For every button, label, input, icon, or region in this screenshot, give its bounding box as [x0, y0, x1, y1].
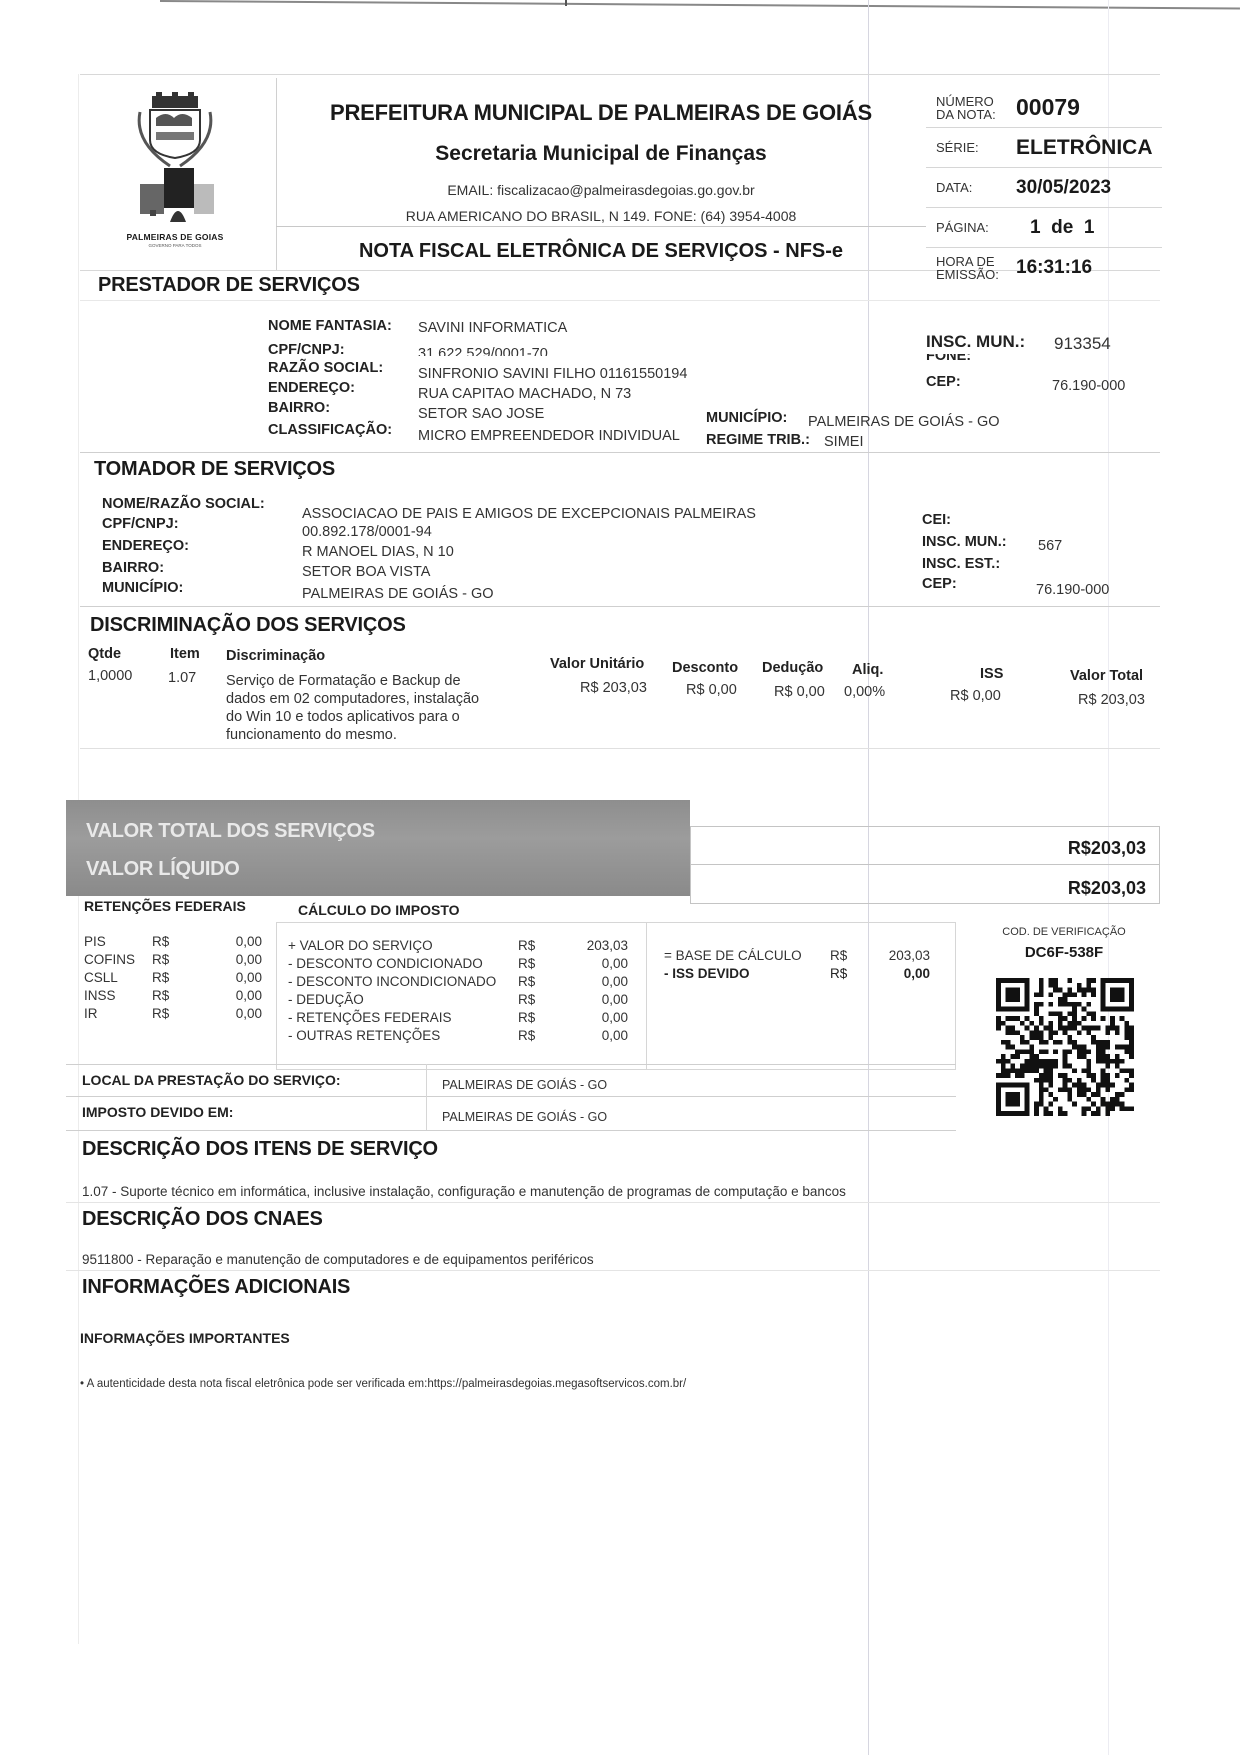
- bairro-label: BAIRRO:: [102, 560, 164, 576]
- autenticidade-text: • A autenticidade desta nota fiscal elet…: [80, 1378, 686, 1390]
- invoice-meta: NÚMERODA NOTA: 00079 SÉRIE: ELETRÔNICA D…: [926, 88, 1162, 288]
- insc-mun-value: 567: [1038, 538, 1062, 554]
- divider: [646, 922, 647, 1070]
- valor-liquido-label: VALOR LÍQUIDO: [86, 858, 240, 881]
- meta-pagina: PÁGINA: 1 de 1: [926, 208, 1162, 248]
- section-title: INFORMAÇÕES ADICIONAIS: [82, 1276, 350, 1299]
- list-item: + VALOR DO SERVIÇOR$203,03: [288, 936, 636, 954]
- numero-label: NÚMERO: [936, 95, 1016, 108]
- aliq-value: 0,00%: [844, 684, 885, 700]
- cpf-value: 00.892.178/0001-94: [302, 524, 432, 540]
- item-value: 1.07: [168, 670, 196, 686]
- hora-label: EMISSÃO:: [936, 268, 1016, 281]
- logo-subtitle: GOVERNO PARA TODOS: [110, 243, 240, 248]
- nome-fantasia-label: NOME FANTASIA:: [268, 318, 392, 334]
- col-desconto: Desconto: [672, 660, 738, 676]
- section-title: DESCRIÇÃO DOS CNAES: [82, 1208, 323, 1231]
- divider: [690, 864, 1160, 865]
- itens-servico-text: 1.07 - Suporte técnico em informática, i…: [82, 1184, 846, 1199]
- bairro-value: SETOR SAO JOSE: [418, 406, 544, 422]
- nome-value: ASSOCIACAO DE PAIS E AMIGOS DE EXCEPCION…: [302, 506, 756, 522]
- document-title: NOTA FISCAL ELETRÔNICA DE SERVIÇOS - NFS…: [276, 240, 926, 263]
- section-title: DISCRIMINAÇÃO DOS SERVIÇOS: [90, 614, 406, 637]
- data-label: DATA:: [926, 181, 1016, 194]
- verificacao-code: DC6F-538F: [984, 944, 1144, 961]
- cpf-value: 31.622.529/0001-70: [418, 346, 548, 356]
- section-title: TOMADOR DE SERVIÇOS: [94, 458, 335, 481]
- municipal-coat-of-arms-icon: [120, 92, 230, 242]
- meta-numero: NÚMERODA NOTA: 00079: [926, 88, 1162, 128]
- page-border: [80, 74, 1160, 75]
- desconto-value: R$ 0,00: [686, 682, 737, 698]
- valor-total-value: R$203,03: [946, 838, 1146, 859]
- serie-label: SÉRIE:: [926, 141, 1016, 154]
- informacoes-importantes-label: INFORMAÇÕES IMPORTANTES: [80, 1330, 290, 1346]
- imposto-devido-label: IMPOSTO DEVIDO EM:: [82, 1104, 233, 1120]
- calculo-title: CÁLCULO DO IMPOSTO: [298, 902, 460, 918]
- totals-band: [66, 800, 690, 896]
- insc-est-label: INSC. EST.:: [922, 556, 1000, 572]
- list-item: IRR$0,00: [84, 1004, 270, 1022]
- valor-total-label: VALOR TOTAL DOS SERVIÇOS: [86, 820, 375, 843]
- col-qtde: Qtde: [88, 646, 121, 662]
- scan-mark: [565, 0, 567, 6]
- numero-label: DA NOTA:: [936, 108, 1016, 121]
- secretaria-title: Secretaria Municipal de Finanças: [276, 142, 926, 166]
- regime-label: REGIME TRIB.:: [706, 432, 810, 448]
- imposto-devido-value: PALMEIRAS DE GOIÁS - GO: [442, 1110, 607, 1124]
- cep-label: CEP:: [926, 374, 961, 390]
- pagina-label: PÁGINA:: [926, 221, 1016, 234]
- municipio-label: MUNICÍPIO:: [102, 580, 183, 596]
- base-calculo-row: = BASE DE CÁLCULO R$ 203,03: [664, 946, 944, 964]
- municipio-value: PALMEIRAS DE GOIÁS - GO: [302, 586, 494, 602]
- header-email: EMAIL: fiscalizacao@palmeirasdegoias.go.…: [276, 182, 926, 198]
- cep-label: CEP:: [922, 576, 957, 592]
- header-address: RUA AMERICANO DO BRASIL, N 149. FONE: (6…: [276, 208, 926, 224]
- list-item: - DESCONTO CONDICIONADOR$0,00: [288, 954, 636, 972]
- local-prestacao-label: LOCAL DA PRESTAÇÃO DO SERVIÇO:: [82, 1072, 341, 1088]
- cep-value: 76.190-000: [1036, 582, 1109, 598]
- col-aliq: Aliq.: [852, 662, 883, 678]
- nome-label: NOME/RAZÃO SOCIAL:: [102, 496, 265, 512]
- cei-label: CEI:: [922, 512, 951, 528]
- prefeitura-title: PREFEITURA MUNICIPAL DE PALMEIRAS DE GOI…: [276, 100, 926, 126]
- data-value: 30/05/2023: [1016, 177, 1111, 199]
- municipio-label: MUNICÍPIO:: [706, 410, 787, 426]
- col-valor-unitario: Valor Unitário: [550, 656, 644, 672]
- razao-value: SINFRONIO SAVINI FILHO 01161550194: [418, 366, 687, 382]
- section-title: PRESTADOR DE SERVIÇOS: [98, 274, 360, 297]
- hora-value: 16:31:16: [1016, 257, 1092, 279]
- local-prestacao-value: PALMEIRAS DE GOIÁS - GO: [442, 1078, 607, 1092]
- municipio-value: PALMEIRAS DE GOIÁS - GO: [808, 414, 1000, 430]
- classificacao-value: MICRO EMPREENDEDOR INDIVIDUAL: [418, 428, 680, 444]
- list-item: - DESCONTO INCONDICIONADOR$0,00: [288, 972, 636, 990]
- calculo-list: + VALOR DO SERVIÇOR$203,03- DESCONTO CON…: [288, 936, 636, 1044]
- section-title: DESCRIÇÃO DOS ITENS DE SERVIÇO: [82, 1138, 438, 1161]
- meta-serie: SÉRIE: ELETRÔNICA: [926, 128, 1162, 168]
- list-item: - DEDUÇÃOR$0,00: [288, 990, 636, 1008]
- list-item: - OUTRAS RETENÇÕESR$0,00: [288, 1026, 636, 1044]
- nome-fantasia-value: SAVINI INFORMATICA: [418, 320, 567, 336]
- valor-unitario-value: R$ 203,03: [580, 680, 647, 696]
- cpf-label: CPF/CNPJ:: [102, 516, 179, 532]
- meta-hora: HORA DEEMISSÃO: 16:31:16: [926, 248, 1162, 288]
- list-item: CSLLR$0,00: [84, 968, 270, 986]
- list-item: - RETENÇÕES FEDERAISR$0,00: [288, 1008, 636, 1026]
- divider: [276, 226, 926, 227]
- discriminacao-value: Serviço de Formatação e Backup de dados …: [226, 672, 479, 744]
- col-deducao: Dedução: [762, 660, 823, 676]
- retencoes-list: PISR$0,00COFINSR$0,00CSLLR$0,00INSSR$0,0…: [84, 932, 270, 1022]
- endereco-label: ENDEREÇO:: [102, 538, 189, 554]
- serie-value: ELETRÔNICA: [1016, 136, 1153, 160]
- endereco-value: R MANOEL DIAS, N 10: [302, 544, 454, 560]
- cpf-label: CPF/CNPJ:: [268, 342, 345, 358]
- logo-text: PALMEIRAS DE GOIAS: [110, 232, 240, 242]
- insc-mun-label: INSC. MUN.:: [926, 332, 1025, 352]
- pagina-value: 1 de 1: [1016, 217, 1094, 239]
- bairro-label: BAIRRO:: [268, 400, 330, 416]
- valor-liquido-value: R$203,03: [946, 878, 1146, 899]
- insc-mun-value: 913354: [1054, 334, 1111, 354]
- classificacao-label: CLASSIFICAÇÃO:: [268, 422, 392, 438]
- retencoes-title: RETENÇÕES FEDERAIS: [84, 898, 246, 914]
- list-item: INSSR$0,00: [84, 986, 270, 1004]
- cep-value: 76.190-000: [1052, 378, 1125, 394]
- scan-edge-line: [160, 0, 1240, 10]
- razao-label: RAZÃO SOCIAL:: [268, 360, 383, 376]
- cnaes-text: 9511800 - Reparação e manutenção de comp…: [82, 1252, 594, 1267]
- list-item: PISR$0,00: [84, 932, 270, 950]
- iss-devido-row: - ISS DEVIDO R$ 0,00: [664, 964, 944, 982]
- col-iss: ISS: [980, 666, 1003, 682]
- insc-mun-label: INSC. MUN.:: [922, 534, 1007, 550]
- deducao-value: R$ 0,00: [774, 684, 825, 700]
- endereco-value: RUA CAPITAO MACHADO, N 73: [418, 386, 631, 402]
- base-list: = BASE DE CÁLCULO R$ 203,03 - ISS DEVIDO…: [664, 946, 944, 982]
- col-item: Item: [170, 646, 200, 662]
- list-item: COFINSR$0,00: [84, 950, 270, 968]
- verificacao-label: COD. DE VERIFICAÇÃO: [984, 926, 1144, 938]
- meta-data: DATA: 30/05/2023: [926, 168, 1162, 208]
- bairro-value: SETOR BOA VISTA: [302, 564, 430, 580]
- col-valor-total: Valor Total: [1070, 668, 1143, 684]
- qtde-value: 1,0000: [88, 668, 132, 684]
- valor-total-value: R$ 203,03: [1078, 692, 1145, 708]
- numero-value: 00079: [1016, 94, 1080, 121]
- fone-label: FONE:: [926, 354, 971, 364]
- endereco-label: ENDEREÇO:: [268, 380, 355, 396]
- col-discriminacao: Discriminação: [226, 648, 325, 664]
- iss-value: R$ 0,00: [950, 688, 1001, 704]
- regime-value: SIMEI: [824, 434, 863, 450]
- qr-code-icon[interactable]: [996, 978, 1134, 1116]
